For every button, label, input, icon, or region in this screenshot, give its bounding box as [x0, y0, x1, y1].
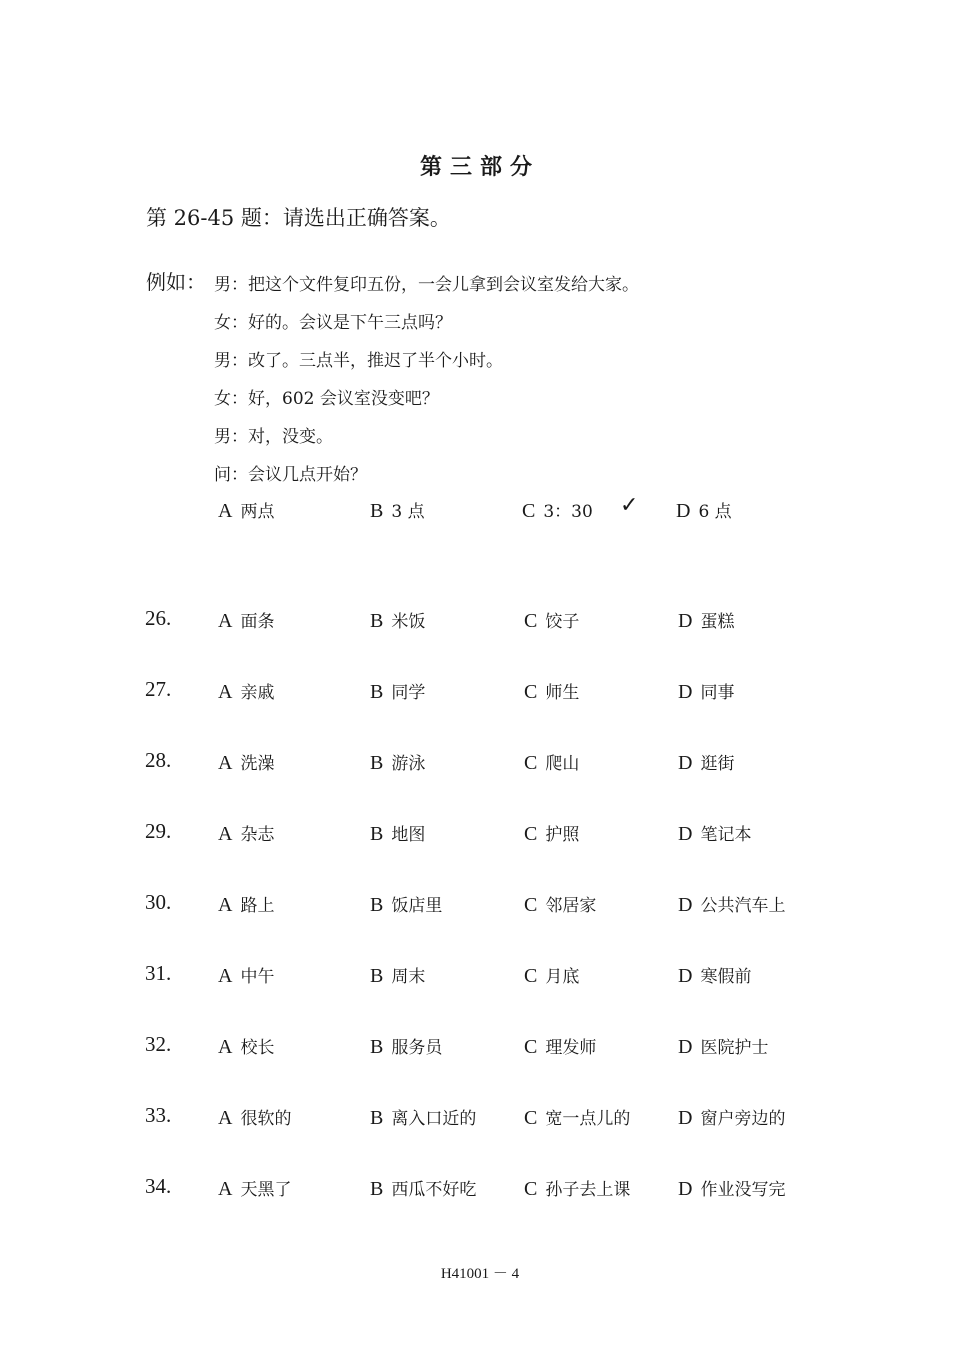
option-d: D同事	[678, 678, 734, 704]
dialog-line: 女：好的。会议是下午三点吗？	[214, 308, 452, 333]
option-b: B周末	[370, 962, 425, 988]
option-a: A很软的	[218, 1104, 291, 1130]
checkmark-icon: ✓	[620, 493, 638, 518]
question-number: 29.	[145, 819, 171, 844]
option-b: B离入口近的	[370, 1104, 476, 1130]
instruction: 第 26-45 题：请选出正确答案。	[146, 202, 451, 232]
option-c: C爬山	[524, 749, 579, 775]
option-d: D笔记本	[678, 820, 751, 846]
question-number: 26.	[145, 606, 171, 631]
option-d: D寒假前	[678, 962, 751, 988]
option-c: C理发师	[524, 1033, 596, 1059]
option-a: A校长	[218, 1033, 274, 1059]
option-a: A天黑了	[218, 1175, 291, 1201]
option-b: B米饭	[370, 607, 425, 633]
option-b: B同学	[370, 678, 425, 704]
example-label: 例如：	[146, 266, 206, 295]
option-c: C师生	[524, 678, 579, 704]
option-d: D蛋糕	[678, 607, 734, 633]
option-a: A亲戚	[218, 678, 274, 704]
dialog-line: 男：把这个文件复印五份，一会儿拿到会议室发给大家。	[214, 270, 639, 295]
question-number: 34.	[145, 1174, 171, 1199]
dialog-line: 男：对，没变。	[214, 422, 333, 447]
option-d: D公共汽车上	[678, 891, 785, 917]
option-b: B饭店里	[370, 891, 442, 917]
option-d: D作业没写完	[678, 1175, 785, 1201]
question-number: 33.	[145, 1103, 171, 1128]
option-a: A路上	[218, 891, 274, 917]
dialog-line: 男：改了。三点半，推迟了半个小时。	[214, 346, 503, 371]
question-number: 28.	[145, 748, 171, 773]
option-b: B西瓜不好吃	[370, 1175, 476, 1201]
option-d: D逛街	[678, 749, 734, 775]
option-c: C孙子去上课	[524, 1175, 630, 1201]
option-d: D窗户旁边的	[678, 1104, 785, 1130]
example-option-c: C3：30	[522, 497, 593, 523]
question-number: 30.	[145, 890, 171, 915]
question-number: 27.	[145, 677, 171, 702]
option-c: C护照	[524, 820, 579, 846]
option-a: A洗澡	[218, 749, 274, 775]
option-a: A中午	[218, 962, 274, 988]
option-b: B地图	[370, 820, 425, 846]
option-d: D医院护士	[678, 1033, 768, 1059]
question-number: 31.	[145, 961, 171, 986]
question-number: 32.	[145, 1032, 171, 1057]
dialog-line: 女：好，602 会议室没变吧？	[214, 384, 439, 409]
option-c: C宽一点儿的	[524, 1104, 630, 1130]
option-a: A杂志	[218, 820, 274, 846]
page-footer: H41001 － 4	[0, 1262, 960, 1283]
example-option-b: B3 点	[370, 497, 425, 523]
question-line: 问：会议几点开始？	[214, 460, 367, 485]
option-b: B服务员	[370, 1033, 442, 1059]
example-option-a: A两点	[218, 497, 274, 523]
option-c: C邻居家	[524, 891, 596, 917]
option-c: C月底	[524, 962, 579, 988]
example-option-d: D6 点	[676, 497, 732, 523]
option-b: B游泳	[370, 749, 425, 775]
section-title: 第三部分	[0, 150, 960, 181]
option-a: A面条	[218, 607, 274, 633]
option-c: C饺子	[524, 607, 579, 633]
